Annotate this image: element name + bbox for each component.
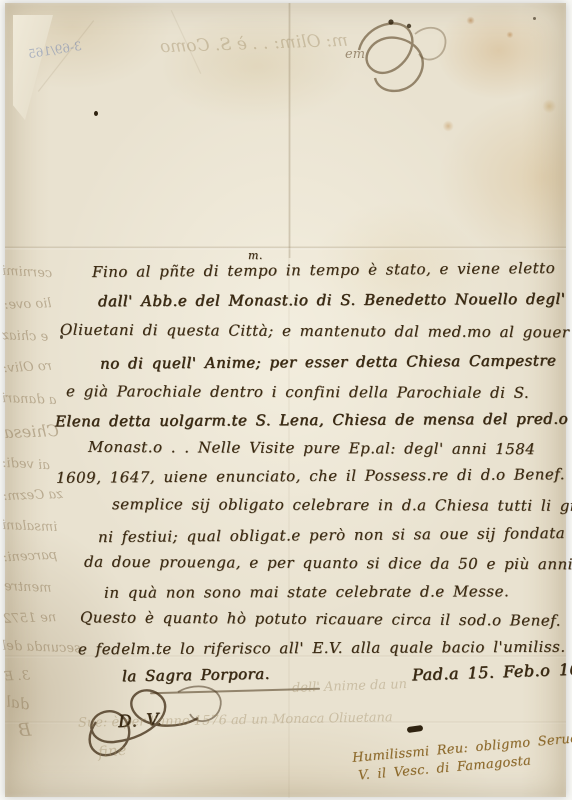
ink-speck (533, 17, 536, 20)
bleed-fragment: ai vedi: (2, 457, 51, 472)
bleed-fragment: lio ove: (4, 297, 52, 312)
bleed-fragment: za Cezm: (3, 488, 63, 503)
manuscript-line: 1609, 1647, uiene enunciato, che il Poss… (56, 466, 565, 486)
ink-speck (94, 111, 98, 116)
bleed-fragment: cernimi (2, 265, 53, 281)
superscript-mark: m. (248, 250, 263, 262)
bleed-fragment: 3. E (4, 670, 30, 684)
manuscript-line: Elena detta uolgarm.te S. Lena, Chiesa d… (55, 411, 568, 430)
manuscript-line: semplice sij obligato celebrare in d.a C… (112, 496, 572, 514)
bleed-fragment: B (17, 722, 31, 741)
bleed-fragment: imsalani (2, 519, 58, 534)
bleed-fragment: dal (5, 694, 30, 712)
manuscript-line: Monast.o . . Nelle Visite pure Ep.al: de… (88, 439, 535, 458)
bleed-fragment: ro Oliv: (3, 360, 52, 376)
bleed-fragment: Chiesa (4, 423, 59, 441)
manuscript-line: e fedelm.te lo riferisco all' E.V. alla … (78, 639, 566, 658)
bleed-fragment: secunda del (2, 640, 81, 656)
manuscript-line: Questo è quanto hò potuto ricauare circa… (80, 609, 561, 629)
bleed-fragment-bottom: fine (97, 743, 127, 761)
manuscript-line: da doue prouenga, e per quanto si dice d… (84, 554, 572, 573)
manuscript-line: no di quell' Anime; per esser detta Chie… (100, 352, 556, 372)
folded-corner-top-left (13, 15, 53, 120)
bleed-fragment-bottom: dell' Anime da un (292, 678, 407, 695)
manuscript-line: ni festiui; qual obligat.e però non si s… (98, 525, 572, 546)
bleed-fragment: parceni: (3, 549, 58, 565)
manuscript-line: dall' Abb.e del Monast.io di S. Benedett… (98, 291, 566, 310)
manuscript-line: Oliuetani di questa Città; e mantenuto d… (60, 322, 570, 341)
crease-horizontal-upper (5, 246, 566, 250)
bleed-fragment: a danari (2, 392, 57, 407)
ink-speck (60, 335, 63, 339)
manuscript-line: e già Parochiale dentro i confini della … (66, 383, 529, 401)
scan-background: em m: Olim: . . è S. Como 3-69/165 cerni… (0, 0, 572, 800)
manuscript-line: in quà non sono mai state celebrate d.e … (104, 583, 509, 601)
bleed-fragment: e chiaz (2, 329, 49, 344)
ink-flourish-top: em (345, 12, 465, 107)
manuscript-line: Fino al pñte di tempo in tempo è stato, … (92, 260, 555, 281)
bleed-fragment: mentre (4, 580, 52, 595)
bleed-fragment: ne 1572 (3, 611, 57, 626)
